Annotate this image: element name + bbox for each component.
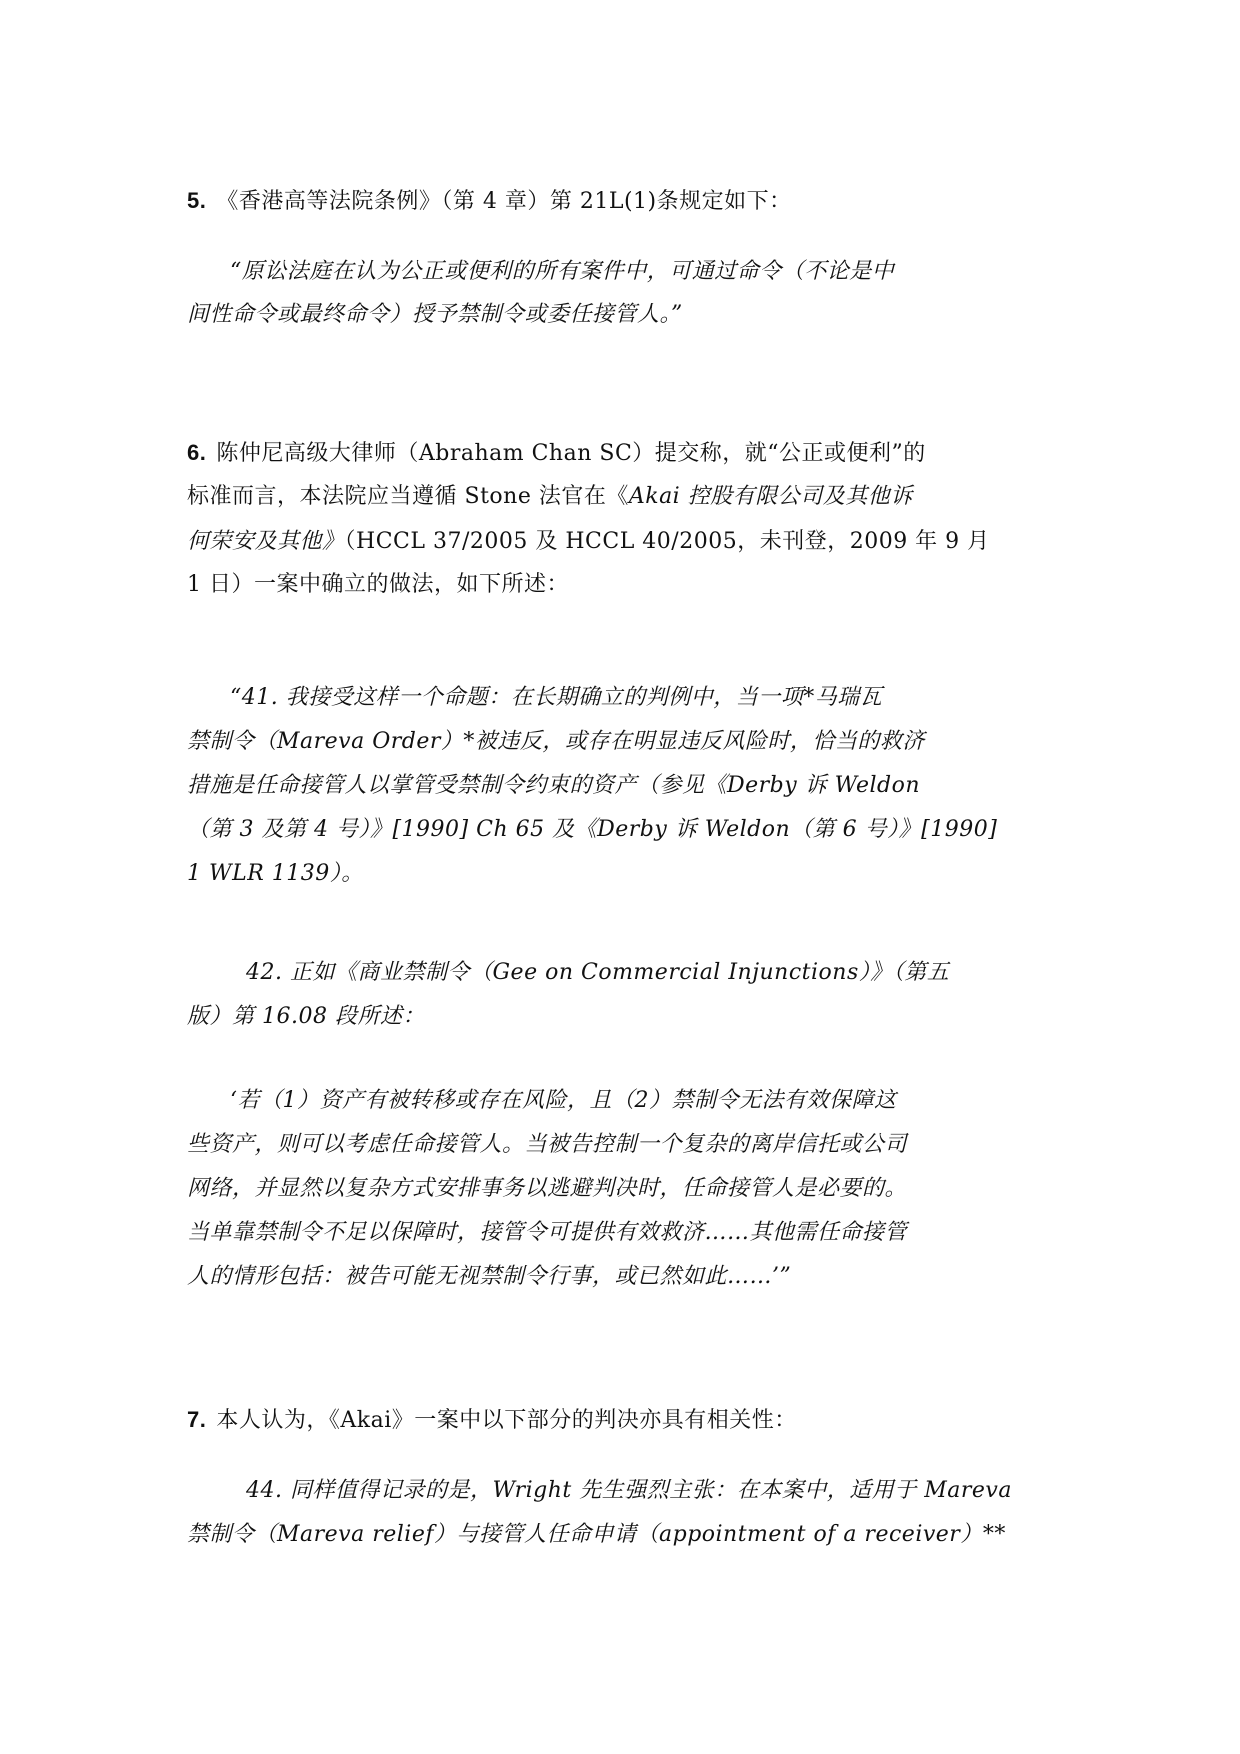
- quote-44-line-1: 44. 同样值得记录的是，Wright 先生强烈主张：在本案中，适用于 Mare…: [246, 1476, 1012, 1506]
- paragraph-6-line-4: 1 日）一案中确立的做法，如下所述：: [187, 570, 569, 600]
- paragraph-number: 5.: [187, 188, 206, 213]
- quote-41-line-1: “41. 我接受这样一个命题：在长期确立的判例中，当一项*马瑞瓦: [230, 683, 882, 713]
- paragraph-text: 陈仲尼高级大律师（Abraham Chan SC）提交称，就“公正或便利”的: [216, 441, 925, 466]
- case-name-italic: 何荣安及其他》: [187, 529, 345, 554]
- paragraph-7-line-1: 7.本人认为，《Akai》一案中以下部分的判决亦具有相关性：: [187, 1405, 797, 1436]
- document-page: 5.《香港高等法院条例》（第 4 章）第 21L(1)条规定如下： “原讼法庭在…: [0, 0, 1240, 1754]
- quote-42-line-1: 42. 正如《商业禁制令（Gee on Commercial Injunctio…: [246, 958, 949, 988]
- paragraph-number: 6.: [187, 440, 206, 465]
- case-name-italic: Akai 控股有限公司及其他诉: [629, 484, 913, 509]
- quote-21l-line-1: “原讼法庭在认为公正或便利的所有案件中，可通过命令（不论是中: [230, 257, 894, 287]
- paragraph-6-line-3: 何荣安及其他》（HCCL 37/2005 及 HCCL 40/2005，未刊登，…: [187, 527, 990, 557]
- quote-41-line-3: 措施是任命接管人以掌管受禁制令约束的资产（参见《Derby 诉 Weldon: [187, 771, 920, 801]
- quote-gee-line-4: 当单靠禁制令不足以保障时，接管令可提供有效救济……其他需任命接管: [187, 1218, 907, 1248]
- quote-41-line-2: 禁制令（Mareva Order）*被违反，或存在明显违反风险时，恰当的救济: [187, 727, 925, 757]
- quote-gee-line-3: 网络，并显然以复杂方式安排事务以逃避判决时，任命接管人是必要的。: [187, 1174, 907, 1204]
- quote-gee-line-5: 人的情形包括：被告可能无视禁制令行事，或已然如此……’”: [187, 1262, 791, 1292]
- paragraph-6-line-1: 6.陈仲尼高级大律师（Abraham Chan SC）提交称，就“公正或便利”的: [187, 438, 926, 469]
- quote-41-line-5: 1 WLR 1139）。: [187, 859, 364, 889]
- quote-gee-line-1: ‘若（1）资产有被转移或存在风险，且（2）禁制令无法有效保障这: [230, 1086, 897, 1116]
- paragraph-number: 7.: [187, 1407, 206, 1432]
- paragraph-text: 本人认为，《Akai》一案中以下部分的判决亦具有相关性：: [216, 1408, 796, 1433]
- quote-42-line-2: 版）第 16.08 段所述：: [187, 1002, 425, 1032]
- quote-gee-line-2: 些资产，则可以考虑任命接管人。当被告控制一个复杂的离岸信托或公司: [187, 1130, 907, 1160]
- paragraph-5-line-1: 5.《香港高等法院条例》（第 4 章）第 21L(1)条规定如下：: [187, 186, 792, 217]
- paragraph-text: 《香港高等法院条例》（第 4 章）第 21L(1)条规定如下：: [216, 189, 791, 214]
- quote-41-line-4: （第 3 及第 4 号）》[1990] Ch 65 及《Derby 诉 Weld…: [187, 815, 997, 845]
- paragraph-text: （HCCL 37/2005 及 HCCL 40/2005，未刊登，2009 年 …: [345, 529, 990, 554]
- quote-21l-line-2: 间性命令或最终命令）授予禁制令或委任接管人。”: [187, 300, 683, 330]
- paragraph-6-line-2: 标准而言，本法院应当遵循 Stone 法官在《Akai 控股有限公司及其他诉: [187, 482, 913, 512]
- paragraph-text: 标准而言，本法院应当遵循 Stone 法官在《: [187, 484, 629, 509]
- quote-44-line-2: 禁制令（Mareva relief）与接管人任命申请（appointment o…: [187, 1520, 1006, 1550]
